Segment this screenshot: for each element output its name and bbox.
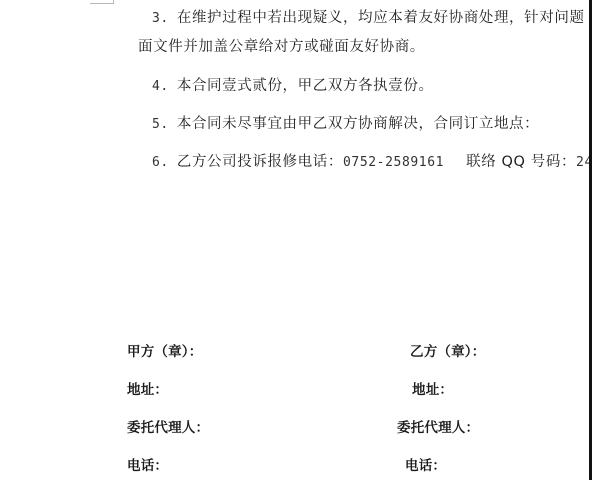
clause-text: 乙方公司投诉报修电话： bbox=[177, 154, 343, 170]
party-b-phone-label: 电话： bbox=[405, 457, 446, 475]
clause-6: 6.乙方公司投诉报修电话：0752-2589161联络 QQ 号码：24 bbox=[152, 152, 589, 173]
repair-phone: 0752-2589161 bbox=[343, 155, 444, 170]
clause-number: 4. bbox=[152, 79, 169, 94]
clause-number: 6. bbox=[152, 155, 169, 170]
party-a-agent-label: 委托代理人： bbox=[127, 419, 209, 437]
clause-number: 3. bbox=[152, 11, 169, 26]
party-a-phone-label: 电话： bbox=[127, 457, 168, 475]
party-b-address-label: 地址： bbox=[412, 381, 453, 399]
party-b-seal-label: 乙方（章）： bbox=[410, 343, 485, 361]
margin-corner-mark bbox=[90, 0, 114, 4]
clause-3: 3.在维护过程中若出现疑义，均应本着友好协商处理，针对问题 bbox=[152, 8, 585, 29]
clause-text: 本合同壹式贰份，甲乙双方各执壹份。 bbox=[177, 78, 434, 94]
clause-text: 在维护过程中若出现疑义，均应本着友好协商处理，针对问题 bbox=[177, 10, 585, 26]
clause-5: 5.本合同未尽事宜由甲乙双方协商解决，合同订立地点： bbox=[152, 114, 539, 135]
clause-3-continuation: 面文件并加盖公章给对方或碰面友好协商。 bbox=[138, 37, 425, 57]
qq-value: 24 bbox=[576, 155, 589, 170]
party-b-agent-label: 委托代理人： bbox=[397, 419, 479, 437]
clause-text: 本合同未尽事宜由甲乙双方协商解决，合同订立地点： bbox=[177, 116, 539, 132]
clause-number: 5. bbox=[152, 117, 169, 132]
document-page: 3.在维护过程中若出现疑义，均应本着友好协商处理，针对问题 面文件并加盖公章给对… bbox=[0, 0, 589, 480]
qq-label: 联络 QQ 号码： bbox=[466, 154, 576, 170]
clause-4: 4.本合同壹式贰份，甲乙双方各执壹份。 bbox=[152, 76, 434, 97]
party-a-address-label: 地址： bbox=[127, 381, 168, 399]
party-a-seal-label: 甲方（章）： bbox=[127, 343, 202, 361]
